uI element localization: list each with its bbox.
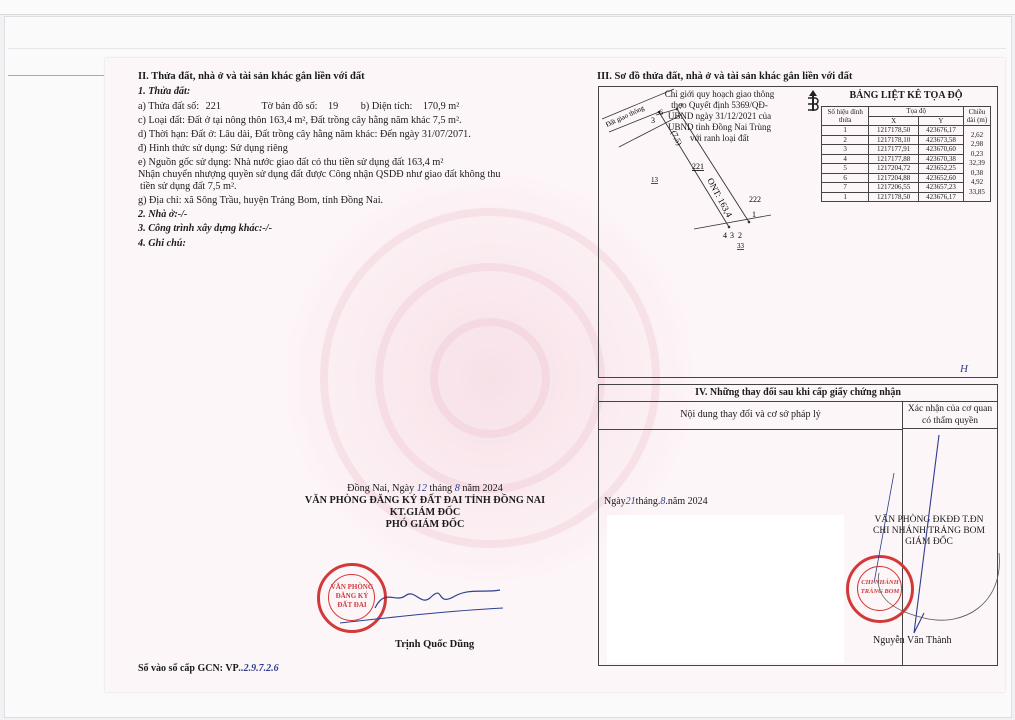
section-2-title: II. Thửa đất, nhà ở và tài sản khác gắn …	[138, 71, 365, 82]
change-date: Ngày21tháng.8.năm 2024	[604, 496, 708, 507]
authority-confirmation-header: Xác nhận của cơ quan có thẩm quyền	[903, 401, 997, 429]
coord-table-title: BẢNG LIỆT KÊ TỌA ĐỘ	[821, 90, 991, 101]
issue-date: Đồng Nai, Ngày 12 tháng 8 năm 2024	[275, 483, 575, 495]
notes-heading: 4. Ghi chú:	[138, 238, 186, 249]
parcel-diagram-box: Đất giao thông 6 3 7 (7,5) 221 13 ONT: 1…	[598, 86, 998, 378]
svg-text:4: 4	[723, 231, 727, 240]
svg-text:3: 3	[730, 231, 734, 240]
parcel-heading: 1. Thửa đất:	[138, 86, 190, 97]
viewer-divider	[8, 48, 1006, 49]
svg-text:3: 3	[651, 116, 655, 125]
usage-form: đ) Hình thức sử dụng: Sử dụng riêng	[138, 143, 288, 154]
land-type: c) Loại đất: Đất ở tại nông thôn 163,4 m…	[138, 115, 462, 126]
area-value: 170,9 m²	[423, 101, 459, 112]
coord-row: 11217178,50423676,17	[822, 192, 991, 202]
changes-content-header: Nội dung thay đổi và cơ sở pháp lý	[599, 401, 903, 430]
initials-mark: H	[960, 363, 968, 375]
svg-text:2: 2	[738, 231, 742, 240]
issuing-office: VĂN PHÒNG ĐĂNG KÝ ĐẤT ĐAI TỈNH ĐỒNG NAI	[275, 495, 575, 507]
parcel-info-row: a) Thửa đất số: 221 Tờ bản đồ số: 19 b) …	[138, 101, 459, 112]
svg-text:222: 222	[749, 195, 761, 204]
viewer-top-bar	[0, 0, 1015, 15]
coord-row: 51217204,72423652,250,38	[822, 164, 991, 174]
signature-scribble-1	[335, 578, 505, 628]
svg-text:221: 221	[692, 162, 704, 171]
svg-text:33: 33	[737, 242, 745, 250]
svg-text:Đất giao thông: Đất giao thông	[604, 104, 646, 129]
coord-row: 11217178,50423676,172,62	[822, 126, 991, 136]
north-arrow-icon	[806, 90, 820, 112]
signer-role-2: PHÓ GIÁM ĐỐC	[275, 519, 575, 531]
coord-row: 61217204,88423652,604,92	[822, 173, 991, 183]
coord-row: 41217177,88423670,3832,39	[822, 154, 991, 164]
address: g) Địa chỉ: xã Sông Trầu, huyện Trảng Bo…	[138, 195, 383, 206]
signature-scribble-2	[854, 433, 1004, 663]
area-label: b) Diện tích:	[361, 101, 413, 112]
parcel-no-label: a) Thửa đất số:	[138, 101, 199, 112]
origin-line-1: e) Nguồn gốc sử dụng: Nhà nước giao đất …	[138, 157, 443, 168]
svg-text:ONT: 163,4: ONT: 163,4	[705, 176, 734, 219]
svg-text:13: 13	[651, 176, 659, 184]
redacted-area	[607, 515, 844, 663]
signer-name-1: Trịnh Quốc Dũng	[395, 639, 474, 650]
house: 2. Nhà ở:-/-	[138, 209, 187, 220]
viewer-left-rule	[8, 75, 104, 76]
certificate-page: II. Thửa đất, nhà ở và tài sản khác gắn …	[105, 58, 1005, 692]
signer-name-2: Nguyễn Văn Thành	[873, 635, 952, 646]
origin-line-3: tiền sử dụng đất 7,5 m².	[140, 181, 237, 192]
land-term: d) Thời hạn: Đất ở: Lâu dài, Đất trồng c…	[138, 129, 471, 140]
other-construction: 3. Công trình xây dựng khác:-/-	[138, 223, 272, 234]
svg-text:1: 1	[752, 210, 756, 219]
coord-row: 31217177,91423670,600,23	[822, 145, 991, 155]
coord-row: 21217178,10423673,582,98	[822, 135, 991, 145]
gcn-register-number: Số vào sổ cấp GCN: VP..2.9.7.2.6	[138, 663, 279, 674]
signer-role-1: KT.GIÁM ĐỐC	[275, 507, 575, 519]
origin-line-2: Nhận chuyển nhượng quyền sử dụng đất đượ…	[138, 169, 501, 180]
parcel-no: 221	[206, 101, 221, 112]
map-sheet-label: Tờ bản đồ số:	[261, 101, 317, 112]
section-3-title: III. Sơ đồ thửa đất, nhà ở và tài sản kh…	[597, 71, 852, 82]
map-sheet: 19	[328, 101, 338, 112]
coordinate-table: Số hiệu đỉnh thửa Tọa độ Chiều dài (m) X…	[821, 106, 991, 202]
changes-section: IV. Những thay đổi sau khi cấp giấy chứn…	[598, 384, 998, 666]
coord-row: 71217206,55423657,2333,85	[822, 183, 991, 193]
planning-note: Chỉ giới quy hoạch giao thông theo Quyết…	[662, 89, 777, 144]
signature-block-1: Đồng Nai, Ngày 12 tháng 8 năm 2024 VĂN P…	[275, 483, 575, 531]
section-4-title: IV. Những thay đổi sau khi cấp giấy chứn…	[599, 385, 997, 402]
